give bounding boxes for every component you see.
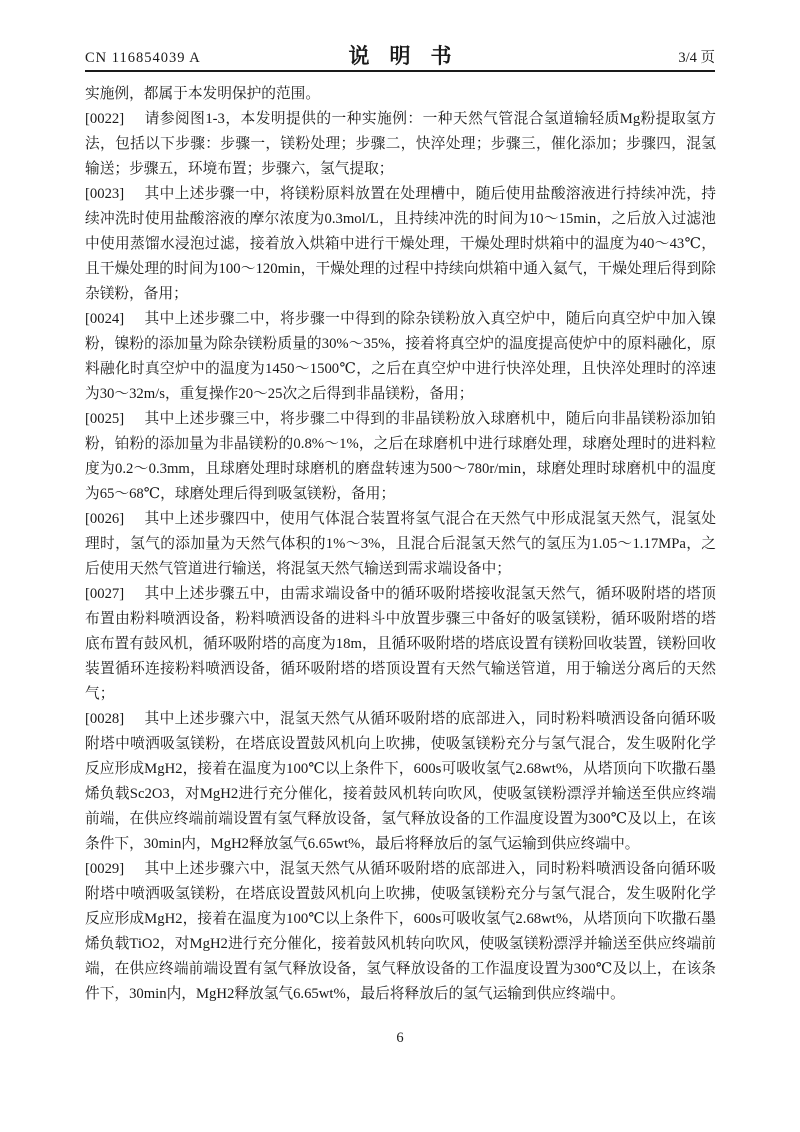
paragraph-number: [0028] [85,711,124,727]
paragraph-number: [0027] [85,586,124,602]
paragraph-number: [0025] [85,411,124,427]
paragraph-text: 其中上述步骤二中，将步骤一中得到的除杂镁粉放入真空炉中，随后向真空炉中加入镍粉，… [85,311,716,402]
page-indicator: 3/4 页 [678,46,715,67]
paragraph-text: 其中上述步骤四中，使用气体混合装置将氢气混合在天然气中形成混氢天然气，混氢处理时… [85,511,716,577]
page-header: CN 116854039 A 说明书 3/4 页 [85,40,715,70]
paragraph-text: 其中上述步骤六中，混氢天然气从循环吸附塔的底部进入，同时粉料喷洒设备向循环吸附塔… [85,861,716,1002]
paragraph-0026: [0026]其中上述步骤四中，使用气体混合装置将氢气混合在天然气中形成混氢天然气… [85,507,716,582]
paragraph-text: 其中上述步骤六中，混氢天然气从循环吸附塔的底部进入，同时粉料喷洒设备向循环吸附塔… [85,711,716,852]
paragraph-text: 其中上述步骤三中，将步骤二中得到的非晶镁粉放入球磨机中，随后向非晶镁粉添加铂粉，… [85,411,716,502]
intro-line: 实施例，都属于本发明保护的范围。 [85,82,716,107]
paragraph-text: 其中上述步骤一中，将镁粉原料放置在处理槽中，随后使用盐酸溶液进行持续冲洗，持续冲… [85,186,716,302]
doc-title-wrap: 说明书 [85,40,715,70]
paragraph-0023: [0023]其中上述步骤一中，将镁粉原料放置在处理槽中，随后使用盐酸溶液进行持续… [85,182,716,307]
paragraph-text: 其中上述步骤五中，由需求端设备中的循环吸附塔接收混氢天然气，循环吸附塔的塔顶布置… [85,586,716,702]
document-body: 实施例，都属于本发明保护的范围。 [0022]请参阅图1-3，本发明提供的一种实… [85,82,716,1007]
paragraph-0022: [0022]请参阅图1-3，本发明提供的一种实施例：一种天然气管混合氢道输轻质M… [85,107,716,182]
page-number: 6 [396,1030,403,1046]
paragraph-number: [0026] [85,511,124,527]
paragraph-number: [0029] [85,861,124,877]
paragraph-0028: [0028]其中上述步骤六中，混氢天然气从循环吸附塔的底部进入，同时粉料喷洒设备… [85,707,716,857]
paragraph-0027: [0027]其中上述步骤五中，由需求端设备中的循环吸附塔接收混氢天然气，循环吸附… [85,582,716,707]
patent-document-page: CN 116854039 A 说明书 3/4 页 实施例，都属于本发明保护的范围… [0,0,800,1132]
paragraph-number: [0024] [85,311,124,327]
paragraph-0025: [0025]其中上述步骤三中，将步骤二中得到的非晶镁粉放入球磨机中，随后向非晶镁… [85,407,716,507]
paragraph-number: [0022] [85,111,124,127]
paragraph-0029: [0029]其中上述步骤六中，混氢天然气从循环吸附塔的底部进入，同时粉料喷洒设备… [85,857,716,1007]
header-divider [85,70,715,72]
doc-title: 说明书 [349,45,472,68]
page-footer: 6 [0,1030,800,1047]
paragraph-text: 请参阅图1-3，本发明提供的一种实施例：一种天然气管混合氢道输轻质Mg粉提取氢方… [85,111,716,177]
paragraph-0024: [0024]其中上述步骤二中，将步骤一中得到的除杂镁粉放入真空炉中，随后向真空炉… [85,307,716,407]
paragraph-number: [0023] [85,186,124,202]
